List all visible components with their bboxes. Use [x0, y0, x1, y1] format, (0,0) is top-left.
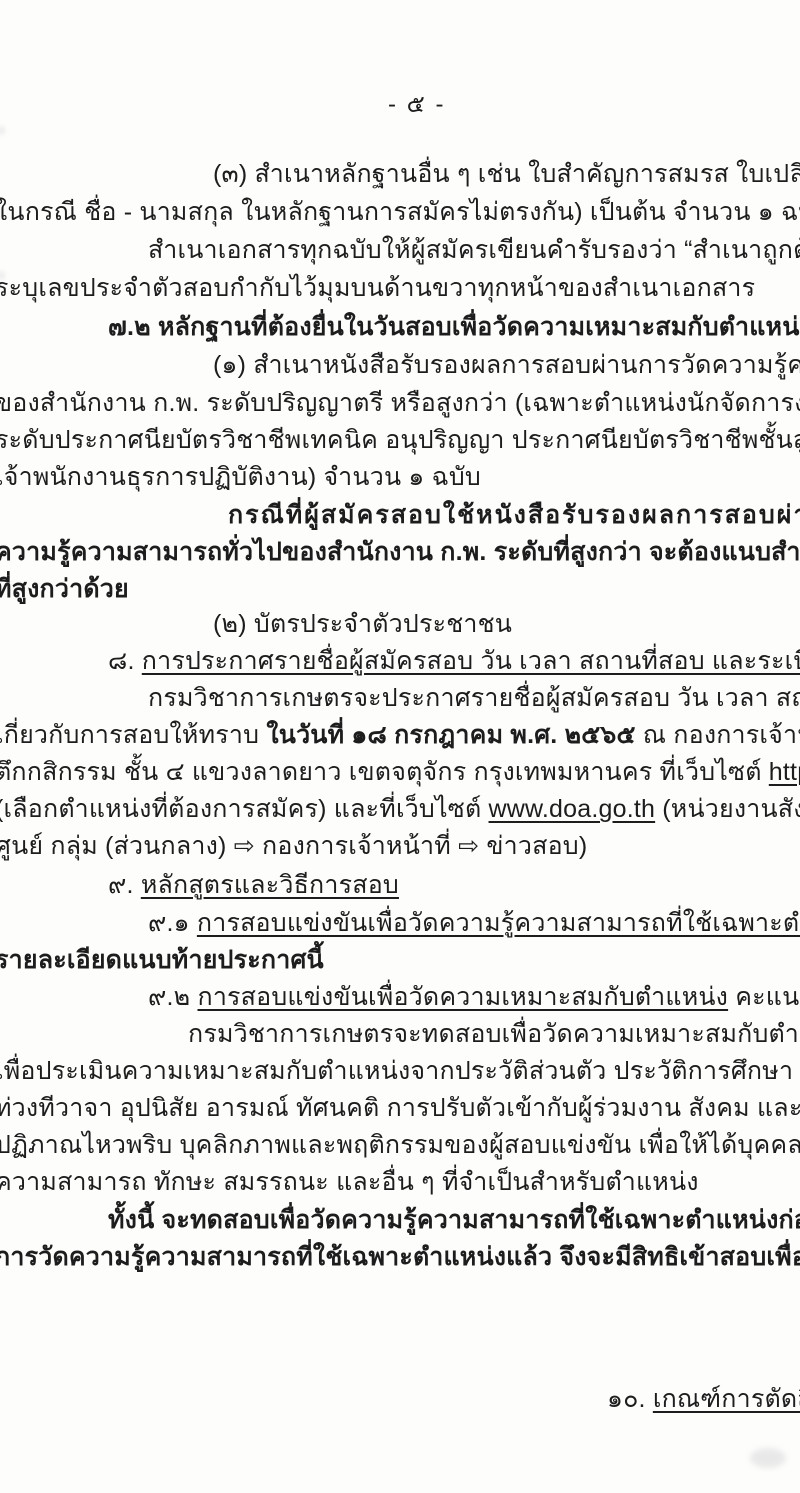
text-line: กรมวิชาการเกษตรจะทดสอบเพื่อวัดความเหมาะส… — [188, 1018, 800, 1051]
text-segment: ข่าวสอบ) — [479, 832, 587, 860]
text-segment: ที่สูงกว่าด้วย — [0, 575, 129, 603]
text-segment: การวัดความรู้ความสามารถที่ใช้เฉพาะตำแหน่… — [0, 1243, 800, 1271]
text-segment: กรมวิชาการเกษตรจะทดสอบเพื่อวัดความเหมาะส… — [188, 1020, 800, 1048]
link-thaijobjob: https://doa.thaijobjob.com — [769, 758, 800, 786]
text-segment: (๓) สำเนาหลักฐานอื่น ๆ เช่น ใบสำคัญการสม… — [213, 160, 800, 188]
text-segment: ปฏิภาณไหวพริบ บุคลิกภาพและพฤติกรรมของผู้… — [0, 1131, 800, 1159]
text-segment: กองการเจ้าหน้าที่ — [255, 832, 458, 860]
text-line: ของสำนักงาน ก.พ. ระดับปริญญาตรี หรือสูงก… — [0, 387, 800, 420]
text-segment: ๗.๒ หลักฐานที่ต้องยื่นในวันสอบเพื่อวัดคว… — [108, 313, 800, 341]
item-1-copy-opm-certificate: (๑) สำเนาหนังสือรับรองผลการสอบผ่านการวัด… — [213, 349, 800, 382]
text-segment: (เลือกตำแหน่งที่ต้องการสมัคร) และที่เว็บ… — [0, 795, 489, 823]
section-10-continuation: ๑๐. เกณฑ์การตัดสิน... — [607, 1383, 800, 1416]
text-line: ความรู้ความสามารถทั่วไปของสำนักงาน ก.พ. … — [0, 536, 800, 569]
section-8-heading: ๘. การประกาศรายชื่อผู้สมัครสอบ วัน เวลา … — [108, 645, 800, 678]
text-line: ระบุเลขประจำตัวสอบกำกับไว้มุมบนด้านขวาทุ… — [0, 272, 755, 305]
scan-smudge — [750, 1448, 786, 1468]
test-order-note: ทั้งนี้ จะทดสอบเพื่อวัดความรู้ความสามารถ… — [108, 1204, 800, 1237]
section-9-heading: ๙. หลักสูตรและวิธีการสอบ — [108, 869, 399, 902]
text-segment: (๒) บัตรประจำตัวประชาชน — [213, 610, 512, 638]
text-segment: ๙.๑ — [148, 909, 197, 937]
text-segment: เกณฑ์การตัดสิน — [653, 1385, 800, 1413]
address-website-line: ตึกกสิกรรม ชั้น ๔ แขวงลาดยาว เขตจตุจักร … — [0, 756, 800, 789]
text-segment: (หน่วยงานสังกัดกรม — [655, 795, 800, 823]
text-line: เจ้าพนักงานธุรการปฏิบัติงาน) จำนวน ๑ ฉบั… — [0, 461, 481, 494]
text-segment: ในกรณี ชื่อ - นามสกุล ในหลักฐานการสมัครไ… — [0, 198, 800, 226]
text-segment: สำเนาเอกสารทุกฉบับให้ผู้สมัครเขียนคำรับร… — [148, 236, 800, 264]
text-segment: ท่วงทีวาจา อุปนิสัย อารมณ์ ทัศนคติ การปร… — [0, 1094, 800, 1122]
text-line: ความสามารถ ทักษะ สมรรถนะ และอื่น ๆ ที่จำ… — [0, 1166, 699, 1199]
item-3-copy-other-evidence: (๓) สำเนาหลักฐานอื่น ๆ เช่น ใบสำคัญการสม… — [213, 158, 800, 191]
text-line: รายละเอียดแนบท้ายประกาศนี้ — [0, 944, 324, 977]
text-segment: ระบุเลขประจำตัวสอบกำกับไว้มุมบนด้านขวาทุ… — [0, 274, 755, 302]
text-line: ในกรณี ชื่อ - นามสกุล ในหลักฐานการสมัครไ… — [0, 196, 800, 229]
text-segment: ระดับประกาศนียบัตรวิชาชีพเทคนิค อนุปริญญ… — [0, 426, 800, 454]
text-segment: การประกาศรายชื่อผู้สมัครสอบ วัน เวลา สถา… — [142, 647, 800, 675]
website-navigation-line: (เลือกตำแหน่งที่ต้องการสมัคร) และที่เว็บ… — [0, 793, 800, 826]
text-segment: กรมวิชาการเกษตรจะประกาศรายชื่อผู้สมัครสอ… — [148, 684, 800, 712]
text-line: ที่สูงกว่าด้วย — [0, 573, 129, 606]
text-line: กรมวิชาการเกษตรจะประกาศรายชื่อผู้สมัครสอ… — [148, 682, 800, 715]
text-segment: เพื่อประเมินความเหมาะสมกับตำแหน่งจากประว… — [0, 1057, 800, 1085]
text-segment: ของสำนักงาน ก.พ. ระดับปริญญาตรี หรือสูงก… — [0, 389, 800, 417]
text-segment: ๙. — [108, 871, 141, 899]
text-segment: ศูนย์ กลุ่ม (ส่วนกลาง) — [0, 832, 234, 860]
document-page: - ๕ - (๓) สำเนาหลักฐานอื่น ๆ เช่น ใบสำคั… — [0, 0, 800, 1493]
page-number: - ๕ - — [388, 84, 445, 123]
text-segment: เจ้าพนักงานธุรการปฏิบัติงาน) จำนวน ๑ ฉบั… — [0, 463, 481, 491]
text-segment: ความสามารถ ทักษะ สมรรถนะ และอื่น ๆ ที่จำ… — [0, 1168, 699, 1196]
text-line: ปฏิภาณไหวพริบ บุคลิกภาพและพฤติกรรมของผู้… — [0, 1129, 800, 1162]
text-segment: ความรู้ความสามารถทั่วไปของสำนักงาน ก.พ. … — [0, 538, 800, 566]
higher-level-certificate-note: กรณีที่ผู้สมัครสอบใช้หนังสือรับรองผลการส… — [228, 499, 800, 532]
text-segment: คะแนนเต็ม ๑๐๐ คะแนน — [728, 983, 800, 1011]
clause-9-1: ๙.๑ การสอบแข่งขันเพื่อวัดความรู้ความสามา… — [148, 907, 800, 940]
text-line: ระดับประกาศนียบัตรวิชาชีพเทคนิค อนุปริญญ… — [0, 424, 800, 457]
text-segment: ทั้งนี้ จะทดสอบเพื่อวัดความรู้ความสามารถ… — [108, 1206, 800, 1234]
text-segment: หลักสูตรและวิธีการสอบ — [141, 871, 399, 899]
text-segment: การสอบแข่งขันเพื่อวัดความเหมาะสมกับตำแหน… — [197, 983, 728, 1011]
text-segment: รายละเอียดแนบท้ายประกาศนี้ — [0, 946, 324, 974]
text-line: เพื่อประเมินความเหมาะสมกับตำแหน่งจากประว… — [0, 1055, 800, 1088]
announcement-date-line: เกี่ยวกับการสอบให้ทราบ ในวันที่ ๑๘ กรกฎา… — [0, 719, 800, 752]
arrow-right-icon: ⇨ — [458, 832, 479, 860]
arrow-right-icon: ⇨ — [234, 832, 255, 860]
website-navigation-line-2: ศูนย์ กลุ่ม (ส่วนกลาง) ⇨ กองการเจ้าหน้าท… — [0, 830, 587, 863]
text-segment: ในวันที่ ๑๘ กรกฎาคม พ.ศ. ๒๕๖๕ — [266, 721, 635, 749]
text-segment: ตึกกสิกรรม ชั้น ๔ แขวงลาดยาว เขตจตุจักร … — [0, 758, 769, 786]
text-segment: ๑๐. — [607, 1385, 653, 1413]
certified-copy-instruction: สำเนาเอกสารทุกฉบับให้ผู้สมัครเขียนคำรับร… — [148, 234, 800, 267]
text-segment: กรณีที่ผู้สมัครสอบใช้หนังสือรับรองผลการส… — [228, 501, 800, 529]
section-7-2-heading: ๗.๒ หลักฐานที่ต้องยื่นในวันสอบเพื่อวัดคว… — [108, 311, 800, 344]
text-segment: ๘. — [108, 647, 142, 675]
text-segment: ๙.๒ — [148, 983, 197, 1011]
clause-9-2: ๙.๒ การสอบแข่งขันเพื่อวัดความเหมาะสมกับต… — [148, 981, 800, 1014]
text-segment: การสอบแข่งขันเพื่อวัดความรู้ความสามารถที… — [197, 909, 800, 937]
scan-speck — [0, 126, 5, 135]
text-segment: เกี่ยวกับการสอบให้ทราบ — [0, 721, 266, 749]
text-segment: (๑) สำเนาหนังสือรับรองผลการสอบผ่านการวัด… — [213, 351, 800, 379]
text-line: การวัดความรู้ความสามารถที่ใช้เฉพาะตำแหน่… — [0, 1241, 800, 1274]
text-line: ท่วงทีวาจา อุปนิสัย อารมณ์ ทัศนคติ การปร… — [0, 1092, 800, 1125]
link-doa-go-th: www.doa.go.th — [489, 795, 656, 823]
text-segment: ณ กองการเจ้าหน้าที่ กรมวิชาการเกษตร — [636, 721, 800, 749]
item-2-id-card: (๒) บัตรประจำตัวประชาชน — [213, 608, 512, 641]
